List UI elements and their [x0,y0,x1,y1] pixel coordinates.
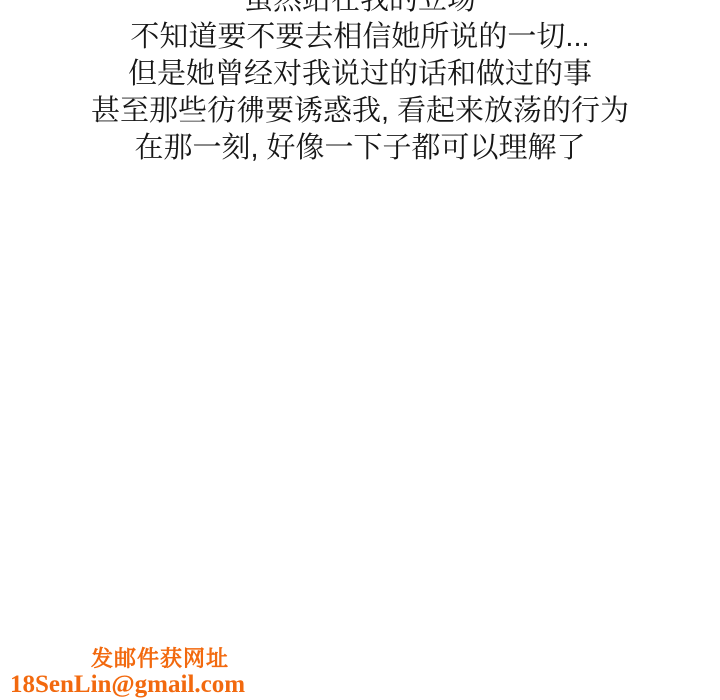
watermark: 发邮件获网址 18SenLin@gmail.com [10,646,230,698]
watermark-email-address: 18SenLin@gmail.com [10,671,230,698]
narration-line: 不知道要不要去相信她所说的一切... [0,19,720,56]
comic-page: 虽然站在我的立场 不知道要不要去相信她所说的一切... 但是她曾经对我说过的话和… [0,0,720,700]
narration-line: 但是她曾经对我说过的话和做过的事 [0,56,720,93]
narration-line: 虽然站在我的立场 [0,0,720,19]
watermark-note: 发邮件获网址 [10,646,230,671]
narration-line: 甚至那些彷彿要诱惑我, 看起来放荡的行为 [0,93,720,130]
narration-line: 在那一刻, 好像一下子都可以理解了 [0,130,720,167]
narration-text: 虽然站在我的立场 不知道要不要去相信她所说的一切... 但是她曾经对我说过的话和… [0,0,720,167]
